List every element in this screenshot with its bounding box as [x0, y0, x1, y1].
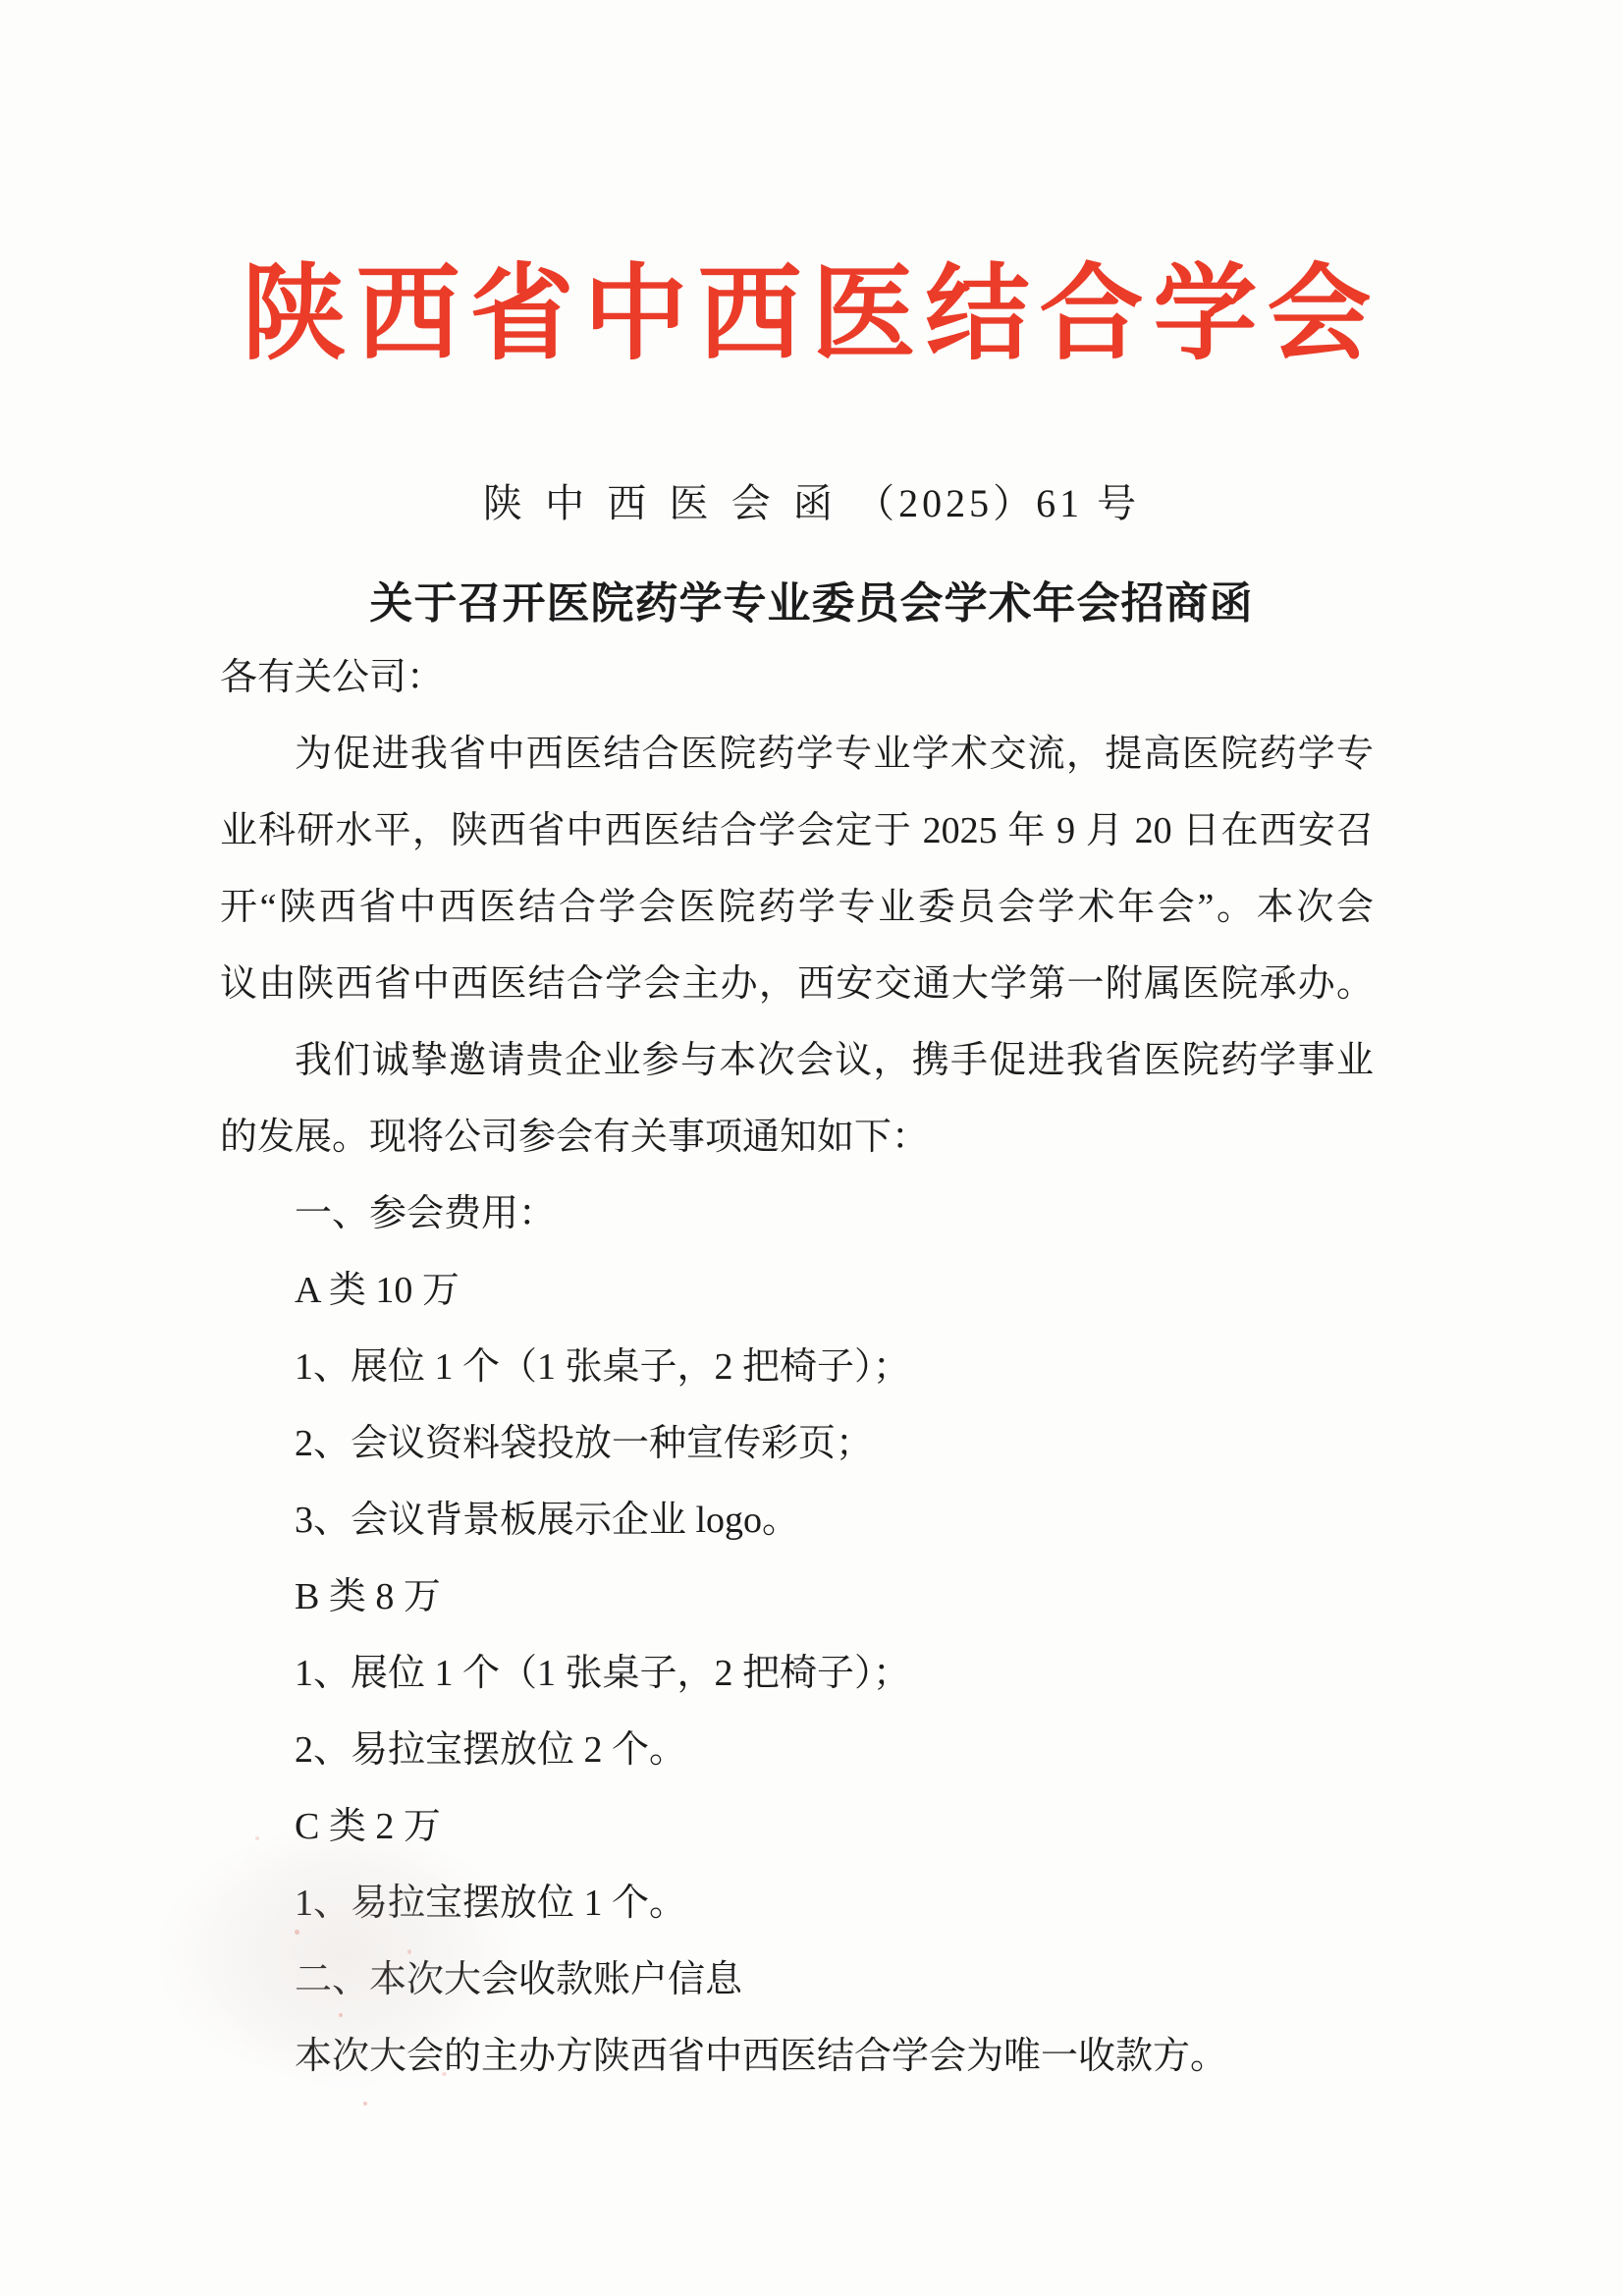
fee-item: 1、展位 1 个（1 张桌子，2 把椅子）； — [220, 1329, 1374, 1405]
section-heading-account: 二、本次大会收款账户信息 — [220, 1941, 1374, 2018]
fee-item: 2、易拉宝摆放位 2 个。 — [220, 1712, 1374, 1788]
body-line: 开“陕西省中西医结合学会医院药学专业委员会学术年会”。本次会 — [220, 869, 1374, 946]
letter-body: 各有关公司： 为促进我省中西医结合医院药学专业学术交流，提高医院药学专 业科研水… — [0, 639, 1623, 2095]
subject-heading: 关于召开医院药学专业委员会学术年会招商函 — [0, 579, 1623, 629]
fee-tier-b: B 类 8 万 — [220, 1558, 1374, 1635]
letterhead-org-title: 陕西省中西医结合学会 — [0, 0, 1623, 367]
body-line: 的发展。现将公司参会有关事项通知如下： — [220, 1099, 1374, 1175]
fee-item: 1、易拉宝摆放位 1 个。 — [220, 1865, 1374, 1941]
section-heading-fees: 一、参会费用： — [220, 1175, 1374, 1252]
fee-item: 1、展位 1 个（1 张桌子，2 把椅子）； — [220, 1635, 1374, 1712]
body-line: 业科研水平，陕西省中西医结合学会定于 2025 年 9 月 20 日在西安召 — [220, 793, 1374, 869]
fee-tier-a: A 类 10 万 — [220, 1252, 1374, 1329]
document-number-suffix: （2025）61 号 — [855, 481, 1140, 525]
body-line: 我们诚挚邀请贵企业参与本次会议，携手促进我省医院药学事业 — [220, 1022, 1374, 1099]
salutation: 各有关公司： — [220, 639, 1374, 716]
body-line: 本次大会的主办方陕西省中西医结合学会为唯一收款方。 — [220, 2018, 1374, 2095]
scan-speckle — [363, 2102, 367, 2105]
fee-item: 2、会议资料袋投放一种宣传彩页； — [220, 1405, 1374, 1482]
fee-tier-c: C 类 2 万 — [220, 1788, 1374, 1865]
document-number-prefix: 陕中西医会函 — [483, 481, 855, 525]
document-page: 陕西省中西医结合学会 陕中西医会函（2025）61 号 关于召开医院药学专业委员… — [0, 0, 1623, 2296]
body-line: 为促进我省中西医结合医院药学专业学术交流，提高医院药学专 — [220, 716, 1374, 793]
document-number: 陕中西医会函（2025）61 号 — [0, 483, 1623, 524]
body-line: 议由陕西省中西医结合学会主办，西安交通大学第一附属医院承办。 — [220, 946, 1374, 1022]
fee-item: 3、会议背景板展示企业 logo。 — [220, 1482, 1374, 1558]
